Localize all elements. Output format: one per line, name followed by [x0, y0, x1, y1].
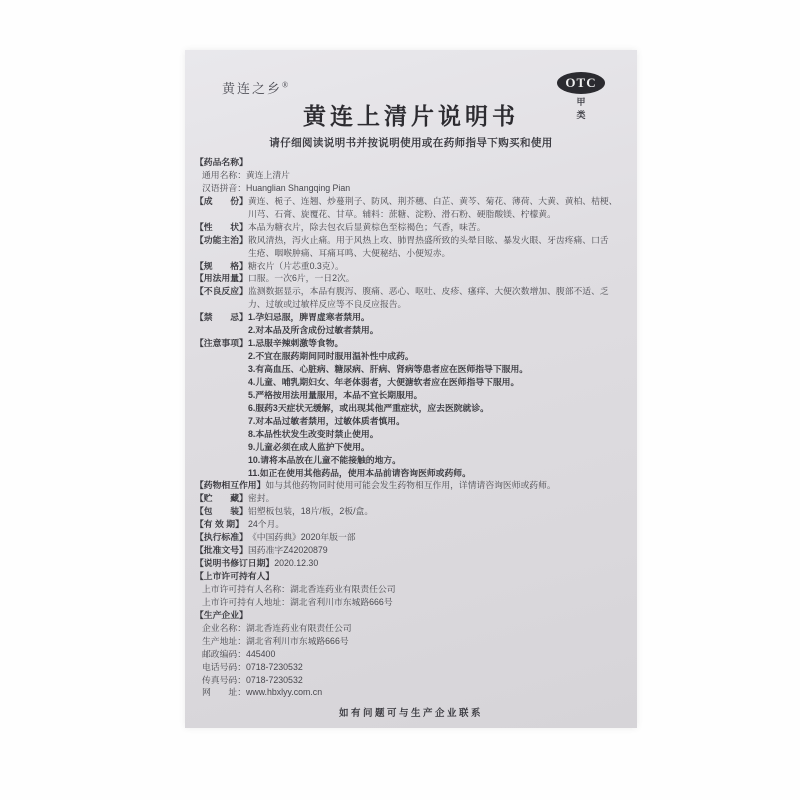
brand-name: 黄连之乡: [222, 81, 282, 96]
leaflet-row: 【用法用量】口服。一次6片，一日2次。: [195, 272, 629, 285]
section-text: 生产地址：湖北省利川市东城路666号: [202, 635, 349, 648]
leaflet-row: 电话号码：0718-7230532: [195, 661, 629, 674]
section-label: 【不良反应】: [195, 285, 248, 298]
leaflet-row: 【包 装】铝塑板包装，18片/板，2板/盒。: [195, 505, 629, 518]
leaflet-subtitle: 请仔细阅读说明书并按说明使用或在药师指导下购买和使用: [185, 135, 637, 150]
section-label: 【批准文号】: [195, 544, 248, 557]
section-text: 本品为糖衣片，除去包衣后显黄棕色至棕褐色；气香，味苦。: [248, 221, 486, 234]
leaflet-row: 生产地址：湖北省利川市东城路666号: [195, 635, 629, 648]
registered-trademark-icon: ®: [282, 81, 288, 90]
section-label: 【包 装】: [195, 505, 248, 518]
section-text: 糖衣片（片芯重0.3克）。: [248, 260, 344, 273]
leaflet-body: 【药品名称】通用名称：黄连上清片汉语拼音：Huanglian Shangqing…: [195, 156, 629, 699]
leaflet-row: 【规 格】糖衣片（片芯重0.3克）。: [195, 260, 629, 273]
leaflet-row: 4.儿童、哺乳期妇女、年老体弱者，大便溏软者应在医师指导下服用。: [195, 376, 629, 389]
section-text: 9.儿童必须在成人监护下使用。: [248, 441, 370, 454]
leaflet-row: 【批准文号】国药准字Z42020879: [195, 544, 629, 557]
section-label: 【药物相互作用】: [195, 479, 265, 492]
section-label: 【禁 忌】: [195, 311, 248, 324]
leaflet-row: 汉语拼音：Huanglian Shangqing Pian: [195, 182, 629, 195]
section-text: 黄连、栀子、连翘、炒蔓荆子、防风、荆芥穗、白芷、黄芩、菊花、薄荷、大黄、黄柏、桔…: [248, 195, 617, 208]
section-text: 企业名称：湖北香连药业有限责任公司: [202, 622, 352, 635]
section-text: 24个月。: [248, 518, 284, 531]
section-text: 国药准字Z42020879: [248, 544, 328, 557]
section-label: 【上市许可持有人】: [195, 570, 274, 583]
leaflet-row: 【执行标准】《中国药典》2020年版一部: [195, 531, 629, 544]
section-text: 如与其他药物同时使用可能会发生药物相互作用，详情请咨询医师或药师。: [265, 479, 555, 492]
section-text: 4.儿童、哺乳期妇女、年老体弱者，大便溏软者应在医师指导下服用。: [248, 376, 519, 389]
leaflet-row: 力、过敏或过敏样反应等不良反应报告。: [195, 298, 629, 311]
leaflet-row: 【药品名称】: [195, 156, 629, 169]
leaflet-row: 【注意事项】1.忌服辛辣刺激等食物。: [195, 337, 629, 350]
section-text: 密封。: [248, 492, 274, 505]
section-text: 2.不宜在服药期间同时服用温补性中成药。: [248, 350, 414, 363]
section-text: 2020.12.30: [274, 557, 318, 570]
section-label: 【执行标准】: [195, 531, 248, 544]
section-label: 【功能主治】: [195, 234, 248, 247]
leaflet-row: 【不良反应】监测数据显示，本品有腹泻、腹痛、恶心、呕吐、皮疹、瘙痒、大便次数增加…: [195, 285, 629, 298]
leaflet-row: 11.如正在使用其他药品，使用本品前请咨询医师或药师。: [195, 467, 629, 480]
section-text: 1.忌服辛辣刺激等食物。: [248, 337, 343, 350]
section-text: 8.本品性状发生改变时禁止使用。: [248, 428, 379, 441]
leaflet-row: 【贮 藏】密封。: [195, 492, 629, 505]
leaflet-row: 上市许可持有人地址：湖北省利川市东城路666号: [195, 596, 629, 609]
section-text: 铝塑板包装，18片/板，2板/盒。: [248, 505, 373, 518]
section-text: 7.对本品过敏者禁用，过敏体质者慎用。: [248, 415, 405, 428]
leaflet-title: 黄连上清片说明书: [185, 98, 637, 131]
section-text: 10.请将本品放在儿童不能接触的地方。: [248, 454, 401, 467]
section-label: 【说明书修订日期】: [195, 557, 274, 570]
leaflet-row: 【有 效 期】24个月。: [195, 518, 629, 531]
leaflet-row: 【成 份】黄连、栀子、连翘、炒蔓荆子、防风、荆芥穗、白芷、黄芩、菊花、薄荷、大黄…: [195, 195, 629, 208]
brand-mark: 黄连之乡®: [222, 78, 288, 97]
section-text: 汉语拼音：Huanglian Shangqing Pian: [202, 182, 350, 195]
section-label: 【用法用量】: [195, 272, 248, 285]
section-text: 上市许可持有人名称：湖北香连药业有限责任公司: [202, 583, 396, 596]
section-text: 散风清热，泻火止痛。用于风热上攻、肺胃热盛所致的头晕目眩、暴发火眼、牙齿疼痛、口…: [248, 234, 609, 247]
leaflet-row: 川芎、石膏、旋覆花、甘草。辅料：蔗糖、淀粉、滑石粉、硬脂酸镁、柠檬黄。: [195, 208, 629, 221]
section-text: 传真号码：0718-7230532: [202, 674, 303, 687]
leaflet-row: 【功能主治】散风清热，泻火止痛。用于风热上攻、肺胃热盛所致的头晕目眩、暴发火眼、…: [195, 234, 629, 247]
section-text: 川芎、石膏、旋覆花、甘草。辅料：蔗糖、淀粉、滑石粉、硬脂酸镁、柠檬黄。: [248, 208, 556, 221]
section-label: 【性 状】: [195, 221, 248, 234]
leaflet-row: 通用名称：黄连上清片: [195, 169, 629, 182]
leaflet-row: 传真号码：0718-7230532: [195, 674, 629, 687]
footer-note: 如有问题可与生产企业联系: [185, 705, 637, 719]
leaflet-row: 8.本品性状发生改变时禁止使用。: [195, 428, 629, 441]
leaflet-paper: 黄连之乡® OTC 甲 类 黄连上清片说明书 请仔细阅读说明书并按说明使用或在药…: [185, 50, 637, 728]
leaflet-row: 网 址：www.hbxlyy.com.cn: [195, 686, 629, 699]
section-text: 力、过敏或过敏样反应等不良反应报告。: [248, 298, 406, 311]
section-label: 【贮 藏】: [195, 492, 248, 505]
leaflet-row: 【说明书修订日期】2020.12.30: [195, 557, 629, 570]
section-text: 2.对本品及所含成份过敏者禁用。: [248, 324, 379, 337]
leaflet-row: 上市许可持有人名称：湖北香连药业有限责任公司: [195, 583, 629, 596]
section-label: 【有 效 期】: [195, 518, 248, 531]
section-label: 【药品名称】: [195, 156, 248, 169]
leaflet-row: 【药物相互作用】如与其他药物同时使用可能会发生药物相互作用，详情请咨询医师或药师…: [195, 479, 629, 492]
leaflet-row: 7.对本品过敏者禁用，过敏体质者慎用。: [195, 415, 629, 428]
leaflet-row: 5.严格按用法用量服用，本品不宜长期服用。: [195, 389, 629, 402]
otc-oval-icon: OTC: [557, 72, 605, 94]
section-text: 6.服药3天症状无缓解，或出现其他严重症状，应去医院就诊。: [248, 402, 489, 415]
leaflet-row: 2.对本品及所含成份过敏者禁用。: [195, 324, 629, 337]
section-label: 【注意事项】: [195, 337, 248, 350]
leaflet-row: 【生产企业】: [195, 609, 629, 622]
section-text: 上市许可持有人地址：湖北省利川市东城路666号: [202, 596, 393, 609]
leaflet-row: 6.服药3天症状无缓解，或出现其他严重症状，应去医院就诊。: [195, 402, 629, 415]
leaflet-row: 9.儿童必须在成人监护下使用。: [195, 441, 629, 454]
leaflet-row: 企业名称：湖北香连药业有限责任公司: [195, 622, 629, 635]
leaflet-row: 【性 状】本品为糖衣片，除去包衣后显黄棕色至棕褐色；气香，味苦。: [195, 221, 629, 234]
leaflet-row: 生疮、咽喉肿痛、耳痛耳鸣、大便秘结、小便短赤。: [195, 247, 629, 260]
section-text: 网 址：www.hbxlyy.com.cn: [202, 686, 322, 699]
section-label: 【生产企业】: [195, 609, 248, 622]
section-label: 【成 份】: [195, 195, 248, 208]
section-text: 口服。一次6片，一日2次。: [248, 272, 355, 285]
leaflet-row: 3.有高血压、心脏病、糖尿病、肝病、肾病等患者应在医师指导下服用。: [195, 363, 629, 376]
leaflet-row: 邮政编码：445400: [195, 648, 629, 661]
leaflet-row: 【上市许可持有人】: [195, 570, 629, 583]
leaflet-row: 10.请将本品放在儿童不能接触的地方。: [195, 454, 629, 467]
leaflet-row: 2.不宜在服药期间同时服用温补性中成药。: [195, 350, 629, 363]
section-label: 【规 格】: [195, 260, 248, 273]
leaflet-row: 【禁 忌】1.孕妇忌服，脾胃虚寒者禁用。: [195, 311, 629, 324]
section-text: 邮政编码：445400: [202, 648, 275, 661]
section-text: 11.如正在使用其他药品，使用本品前请咨询医师或药师。: [248, 467, 471, 480]
section-text: 5.严格按用法用量服用，本品不宜长期服用。: [248, 389, 422, 402]
section-text: 电话号码：0718-7230532: [202, 661, 303, 674]
section-text: 1.孕妇忌服，脾胃虚寒者禁用。: [248, 311, 370, 324]
section-text: 《中国药典》2020年版一部: [248, 531, 356, 544]
section-text: 监测数据显示，本品有腹泻、腹痛、恶心、呕吐、皮疹、瘙痒、大便次数增加、腹部不适、…: [248, 285, 609, 298]
section-text: 生疮、咽喉肿痛、耳痛耳鸣、大便秘结、小便短赤。: [248, 247, 450, 260]
section-text: 3.有高血压、心脏病、糖尿病、肝病、肾病等患者应在医师指导下服用。: [248, 363, 528, 376]
section-text: 通用名称：黄连上清片: [202, 169, 290, 182]
